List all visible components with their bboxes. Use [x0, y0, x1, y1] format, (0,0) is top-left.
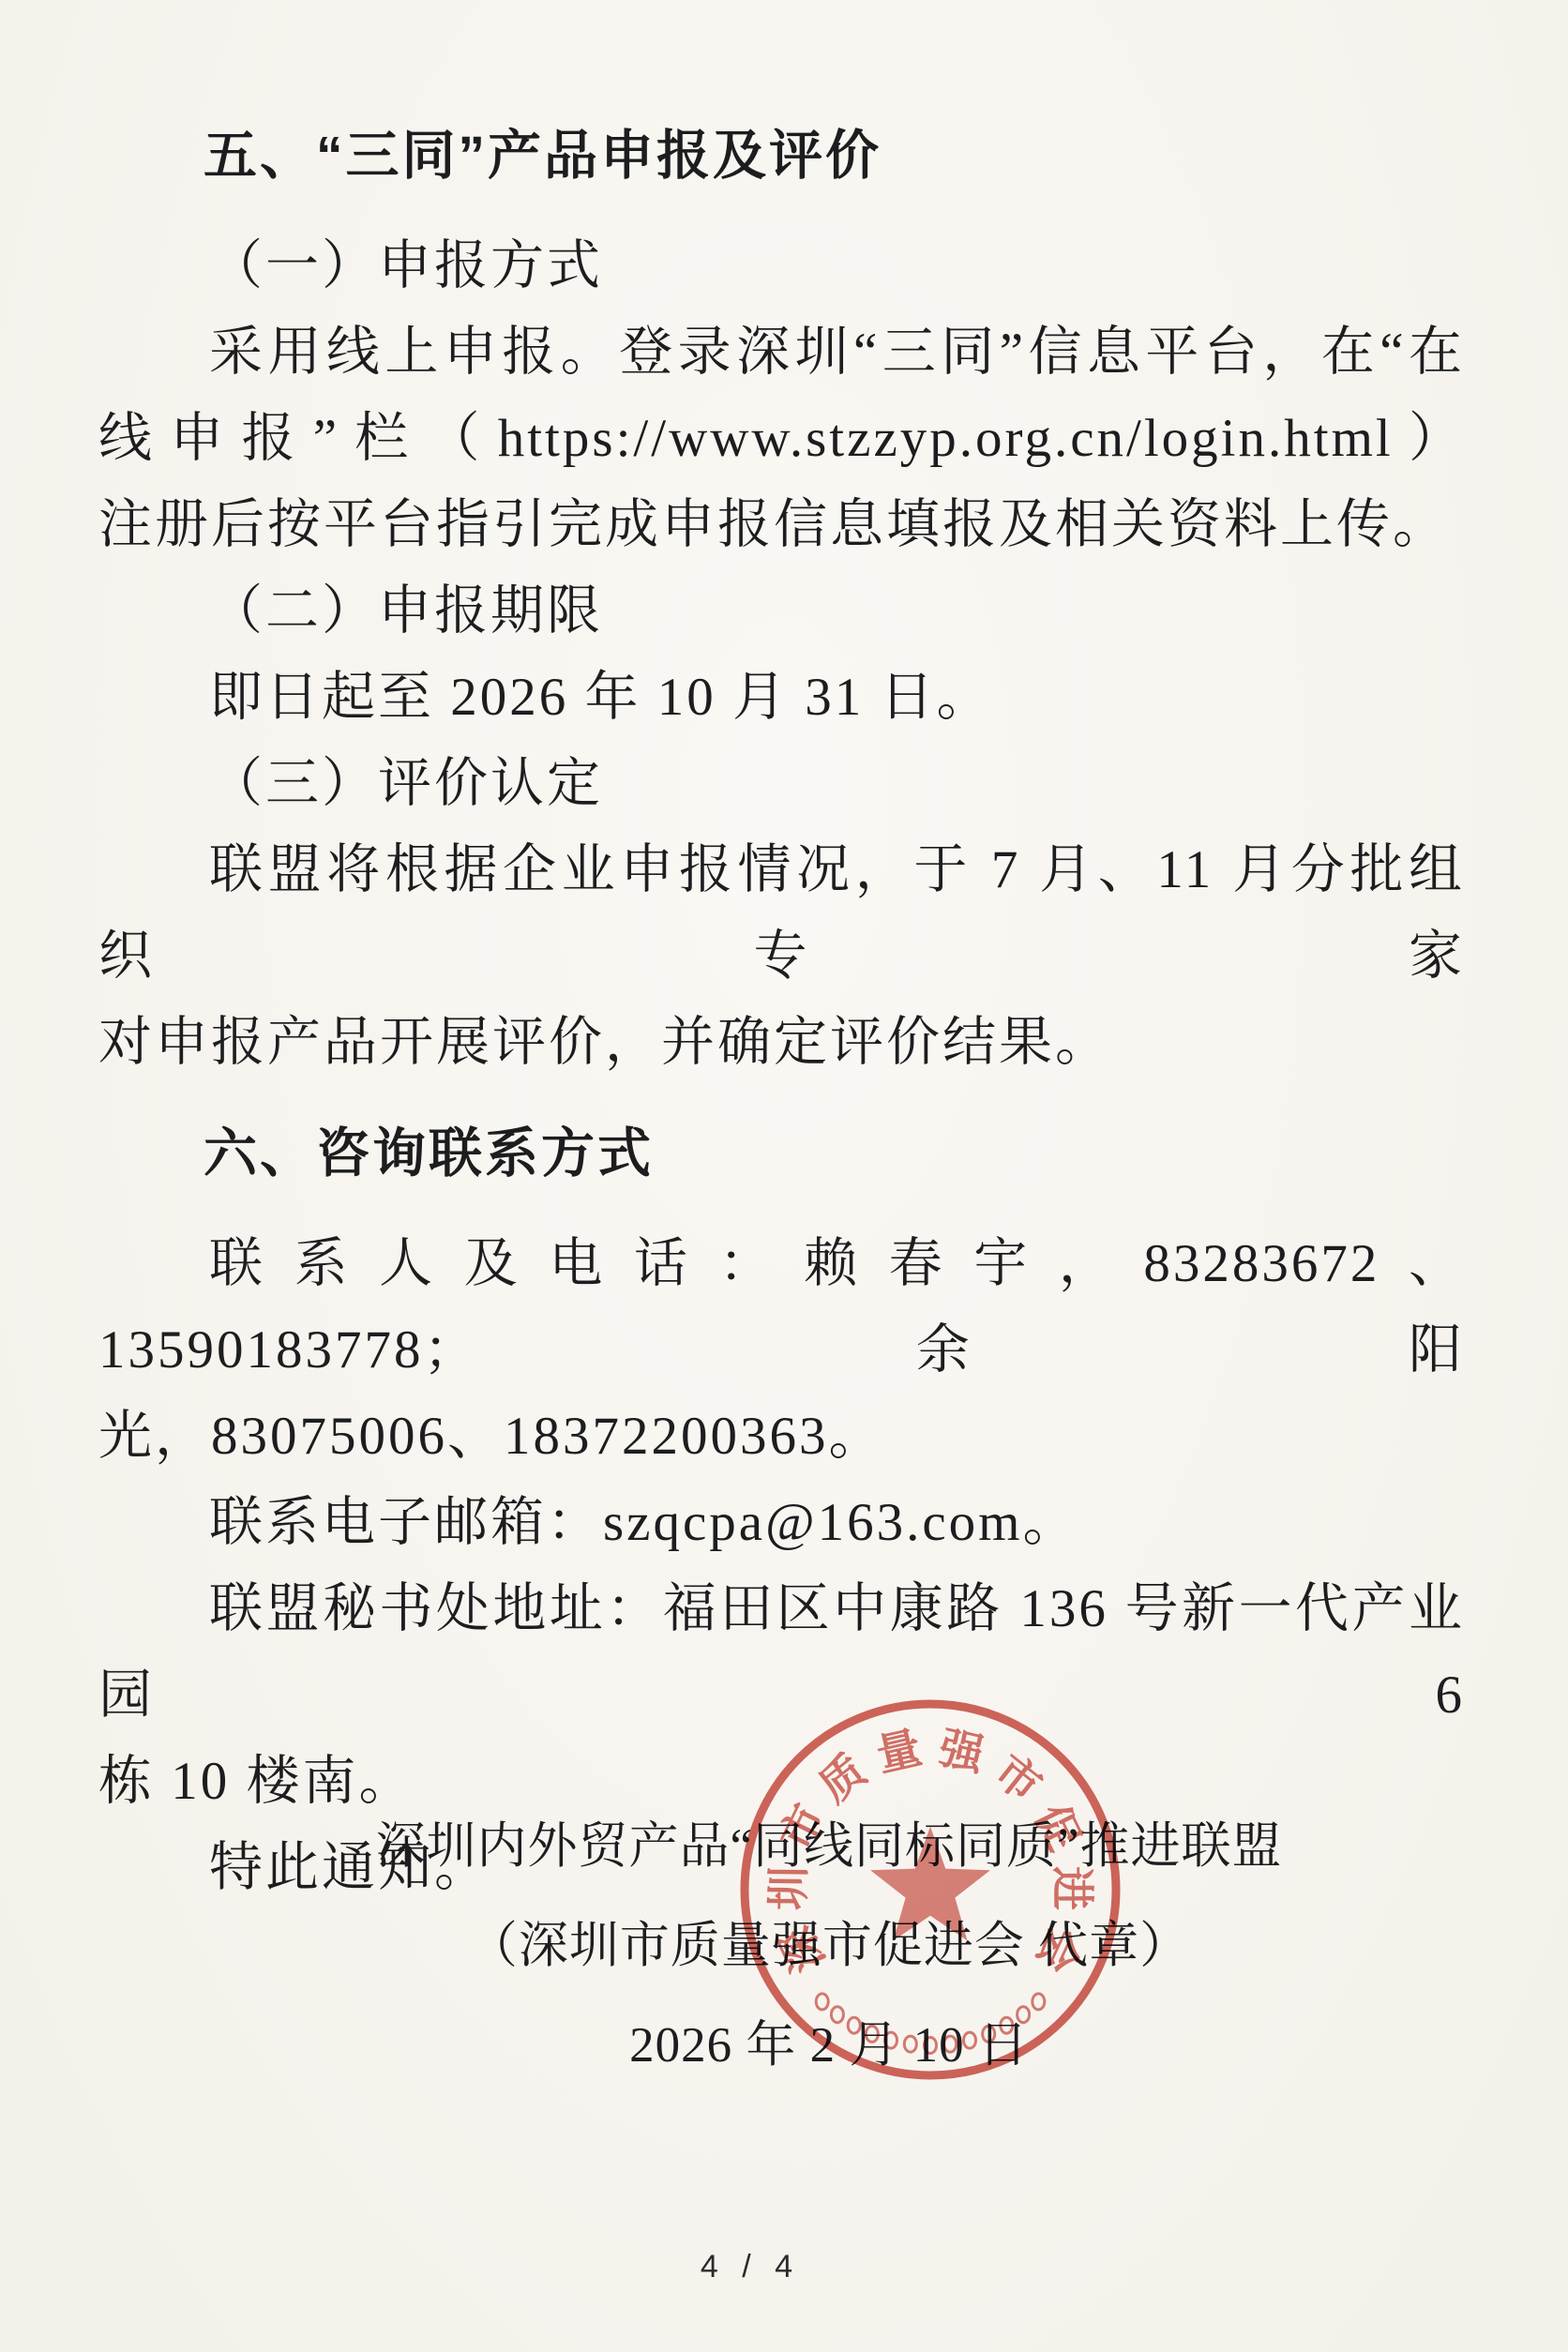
seal-ring-char: 量 [872, 1724, 926, 1781]
seal-code-mark [816, 1994, 828, 2010]
paragraph-line: 注册后按平台指引完成申报信息填报及相关资料上传。 [98, 482, 1465, 568]
seal-code-mark [925, 2038, 937, 2054]
seal-ring-char: 会 [1026, 1919, 1089, 1980]
seal-ring-char: 促 [1025, 1797, 1088, 1858]
contact-email-line: 联系电子邮箱：szqcpa@163.com。 [98, 1480, 1465, 1566]
seal-ring-char: 质 [810, 1746, 875, 1812]
seal-code-mark [904, 2036, 916, 2052]
seal-ring-char: 强 [934, 1724, 990, 1782]
paragraph-line-url: 线申报”栏（https://www.stzzyp.org.cn/login.ht… [98, 396, 1465, 482]
seal-code-mark [885, 2032, 897, 2048]
paragraph-line: 对申报产品开展评价，并确定评价结果。 [98, 1000, 1465, 1086]
seal-ring-char: 市 [985, 1746, 1049, 1812]
paragraph-line: 采用线上申报。登录深圳“三同”信息平台，在“在 [98, 309, 1465, 396]
section-heading-5: 五、“三同”产品申报及评价 [98, 113, 1465, 199]
section-heading-6: 六、咨询联系方式 [98, 1110, 1465, 1197]
seal-code-mark [1033, 1994, 1045, 2010]
page-number: 4 / 4 [0, 2249, 1568, 2285]
seal-ring-char: 市 [773, 1797, 836, 1858]
official-seal-stamp-icon: 深圳市质量强市促进会 [724, 1683, 1137, 2096]
seal-code-mark [866, 2026, 878, 2042]
seal-code-mark [944, 2036, 957, 2052]
contact-phone-line: 光，83075006、18372200363。 [98, 1394, 1465, 1480]
subheading-2: （二）申报期限 [98, 568, 1465, 655]
seal-star-icon [870, 1827, 990, 1941]
seal-code-mark [964, 2032, 976, 2048]
seal-code-mark [1018, 2007, 1030, 2023]
paragraph-line: 联盟将根据企业申报情况，于 7 月、11 月分批组织专家 [98, 827, 1465, 1000]
seal-code-mark [983, 2026, 995, 2042]
seal-code-mark [831, 2007, 843, 2023]
seal-code-mark [1001, 2017, 1013, 2033]
seal-ring-char: 深 [772, 1919, 835, 1980]
seal-ring-char: 进 [1047, 1866, 1095, 1911]
seal-code-mark [848, 2017, 860, 2033]
contact-phone-line: 联系人及电话：赖春宇，83283672、13590183778；余阳 [98, 1221, 1465, 1394]
document-page: 五、“三同”产品申报及评价 （一）申报方式 采用线上申报。登录深圳“三同”信息平… [0, 0, 1568, 2352]
subheading-1: （一）申报方式 [98, 223, 1465, 309]
subheading-3: （三）评价认定 [98, 741, 1465, 827]
seal-ring-char: 圳 [765, 1866, 814, 1911]
paragraph-line: 即日起至 2026 年 10 月 31 日。 [98, 655, 1465, 741]
document-body: 五、“三同”产品申报及评价 （一）申报方式 采用线上申报。登录深圳“三同”信息平… [98, 88, 1465, 1911]
